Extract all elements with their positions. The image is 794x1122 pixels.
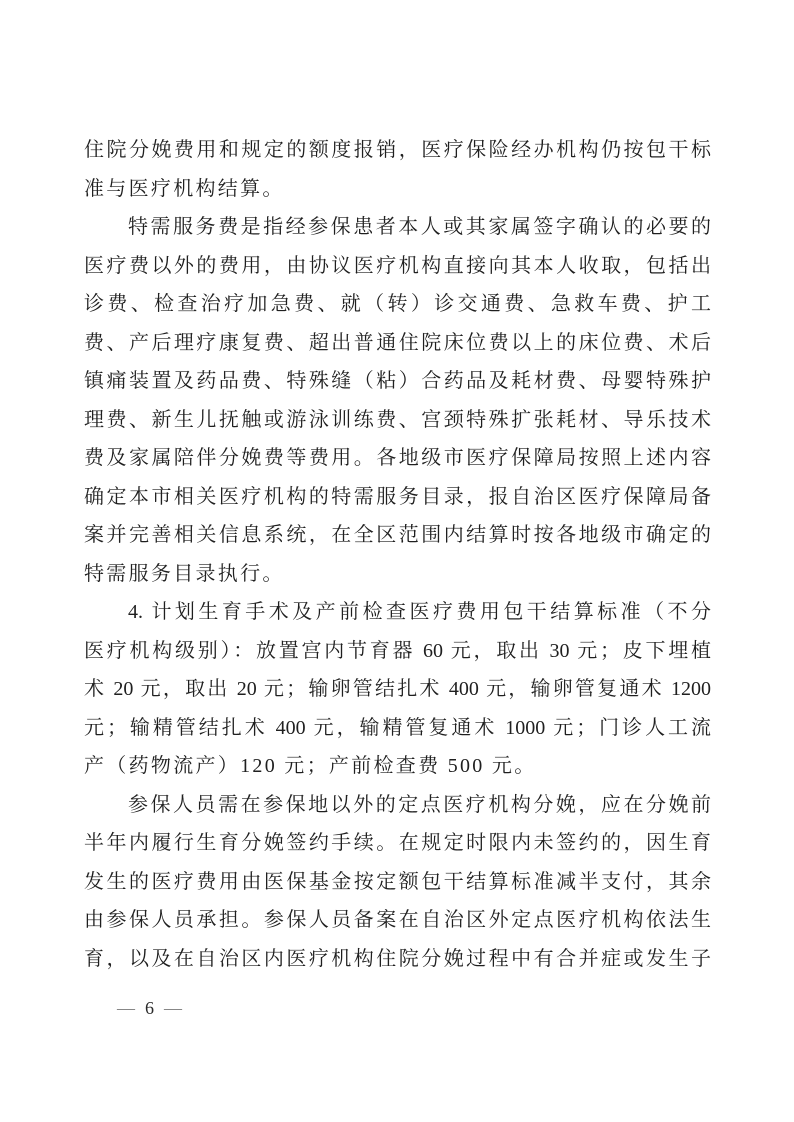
text-line: 费、产后理疗康复费、超出普通住院床位费以上的床位费、术后 <box>84 324 711 363</box>
text-line: 费及家属陪伴分娩费等费用。各地级市医疗保障局按照上述内容 <box>84 439 711 478</box>
document-body: 住院分娩费用和规定的额度报销，医疗保险经办机构仍按包干标 准与医疗机构结算。 特… <box>84 131 711 978</box>
text-line: 诊费、检查治疗加急费、就（转）诊交通费、急救车费、护工 <box>84 285 711 324</box>
text-line: 发生的医疗费用由医保基金按定额包干结算标准减半支付，其余 <box>84 863 711 902</box>
text-line: 元；输精管结扎术 400 元，输精管复通术 1000 元；门诊人工流 <box>84 709 711 748</box>
text-line: 镇痛装置及药品费、特殊缝（粘）合药品及耗材费、母婴特殊护 <box>84 362 711 401</box>
page-number-dash-left: — <box>117 998 135 1018</box>
text-line: 由参保人员承担。参保人员备案在自治区外定点医疗机构依法生 <box>84 901 711 940</box>
text-line: 半年内履行生育分娩签约手续。在规定时限内未签约的，因生育 <box>84 824 711 863</box>
text-line: 4. 计划生育手术及产前检查医疗费用包干结算标准（不分 <box>84 593 711 632</box>
text-line: 特需服务费是指经参保患者本人或其家属签字确认的必要的 <box>84 208 711 247</box>
text-line: 案并完善相关信息系统，在全区范围内结算时按各地级市确定的 <box>84 516 711 555</box>
page-number: —6— <box>117 996 182 1020</box>
text-line: 特需服务目录执行。 <box>84 555 711 594</box>
text-line: 确定本市相关医疗机构的特需服务目录，报自治区医疗保障局备 <box>84 478 711 517</box>
text-line: 准与医疗机构结算。 <box>84 170 711 209</box>
text-line: 住院分娩费用和规定的额度报销，医疗保险经办机构仍按包干标 <box>84 131 711 170</box>
text-line: 医疗费以外的费用，由协议医疗机构直接向其本人收取，包括出 <box>84 247 711 286</box>
text-line: 参保人员需在参保地以外的定点医疗机构分娩，应在分娩前 <box>84 786 711 825</box>
document-page: 住院分娩费用和规定的额度报销，医疗保险经办机构仍按包干标 准与医疗机构结算。 特… <box>0 0 794 1122</box>
text-line: 医疗机构级别）：放置宫内节育器 60 元，取出 30 元；皮下埋植 <box>84 632 711 671</box>
page-number-value: 6 <box>135 998 164 1018</box>
page-number-dash-right: — <box>164 998 182 1018</box>
text-line: 育，以及在自治区内医疗机构住院分娩过程中有合并症或发生子 <box>84 940 711 979</box>
text-line: 产（药物流产）120 元；产前检查费 500 元。 <box>84 747 711 786</box>
text-line: 理费、新生儿抚触或游泳训练费、宫颈特殊扩张耗材、导乐技术 <box>84 401 711 440</box>
text-line: 术 20 元，取出 20 元；输卵管结扎术 400 元，输卵管复通术 1200 <box>84 670 711 709</box>
